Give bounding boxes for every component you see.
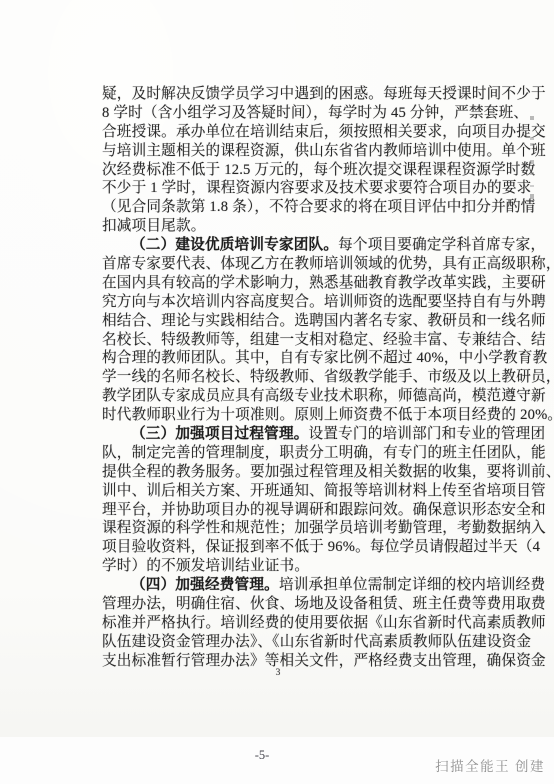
text-line: 理平台，并协助项目办的视导调研和跟踪问效。确保意识形态安全和: [102, 501, 468, 520]
scan-edge-artifact: [530, 137, 534, 140]
text-line: 首席专家要代表、体现乙方在教师培训领域的优势，具有正高级职称，: [102, 255, 468, 274]
text-line: （见合同条款第 1.8 条），不符合要求的将在项目评估中扣分并酌情: [102, 198, 468, 217]
paragraph-heading: （二）建设优质培训专家团队。: [131, 237, 338, 253]
text-line: 次经费标准不低于 12.5 万元的，每个班次提交课程课程资源学时数: [102, 161, 468, 180]
scan-edge-artifact: [530, 194, 534, 199]
scan-edge-artifact: [530, 160, 534, 164]
text-line: 项目验收资料，保证报到率不低于 96%。每位学员请假超过半天（4: [102, 538, 468, 557]
scan-edge-artifact: [530, 143, 534, 146]
text-line: 在国内具有较高的学术影响力，熟悉基础教育教学改革实践，主要研: [102, 274, 468, 293]
text-line: 扣减项目尾款。: [102, 217, 468, 236]
text-line: 疑，及时解决反馈学员学习中遇到的困惑。每班每天授课时间不少于: [102, 85, 468, 104]
text-line: 训中、训后相关方案、开班通知、简报等培训材料上传至省培项目管: [102, 482, 468, 501]
text-line: 合班授课。承办单位在培训结束后，须按照相关要求，向项目办提交: [102, 123, 468, 142]
text-line: 构合理的教师团队。其中，自有专家比例不超过 40%，中小学教育教: [102, 349, 468, 368]
scanned-sheet: 疑，及时解决反馈学员学习中遇到的困惑。每班每天授课时间不少于 8 学时（含小组学…: [0, 0, 554, 737]
paragraph-text: 设置专门的培训部门和专业的管理团: [309, 426, 546, 442]
text-line-paragraph-start: （二）建设优质培训专家团队。每个项目要确定学科首席专家，: [102, 236, 468, 255]
text-line: 队伍建设资金管理办法》、《山东省新时代高素质教师队伍建设资金: [102, 633, 468, 652]
camscanner-watermark: 扫描全能王 创建: [435, 755, 545, 775]
text-line: 相结合、理论与实践相结合。选聘国内著名专家、教研员和一线名师: [102, 312, 468, 331]
scan-edge-artifact: [530, 172, 534, 175]
text-line: 提供全程的教务服务。要加强过程管理及相关数据的收集，要将训前、: [102, 463, 468, 482]
text-line: 学时）的不颁发培训结业证书。: [102, 557, 468, 576]
paragraph-text: 培训承担单位需制定详细的校内培训经费: [279, 577, 545, 593]
text-line-paragraph-start: （四）加强经费管理。培训承担单位需制定详细的校内培训经费: [102, 576, 468, 595]
text-line-paragraph-start: （三）加强项目过程管理。设置专门的培训部门和专业的管理团: [102, 425, 468, 444]
text-line: 时代教师职业行为十项准则。原则上师资费不低于本项目经费的 20%。: [102, 406, 468, 425]
text-line: 课程资源的科学性和规范性；加强学员培训考勤管理，考勤数据纳入: [102, 519, 468, 538]
paragraph-text: 每个项目要确定学科首席专家，: [338, 237, 545, 253]
text-line: 队，制定完善的管理制度，职责分工明确，有专门的班主任团队，能: [102, 444, 468, 463]
paragraph-heading: （三）加强项目过程管理。: [131, 426, 309, 442]
document-page: 疑，及时解决反馈学员学习中遇到的困惑。每班每天授课时间不少于 8 学时（含小组学…: [0, 0, 554, 784]
inner-page-number: 3: [266, 668, 290, 678]
text-line: 学一线的名师名校长、特级教师、省级教学能手、市级及以上教研员，: [102, 368, 468, 387]
text-line: 教学团队专家成员应具有高级专业技术职称，师德高尚，模范遵守新: [102, 387, 468, 406]
text-line: 8 学时（含小组学习及答疑时间），每学时为 45 分钟，严禁套班、: [102, 104, 468, 123]
scan-edge-artifact: [530, 116, 534, 120]
text-line: 管理办法，明确住宿、伙食、场地及设备租赁、班主任费等费用取费: [102, 595, 468, 614]
text-line: 名校长、特级教师等，组建一支相对稳定、经验丰富、专兼结合、结: [102, 331, 468, 350]
text-line: 究方向与本次培训内容高度契合。培训师资的选配要坚持自有与外聘: [102, 293, 468, 312]
text-line: 标准并严格执行。培训经费的使用要依据《山东省新时代高素质教师: [102, 614, 468, 633]
body-text: 疑，及时解决反馈学员学习中遇到的困惑。每班每天授课时间不少于 8 学时（含小组学…: [102, 85, 468, 671]
text-line: 与培训主题相关的课程资源，供山东省省内教师培训中使用。单个班: [102, 142, 468, 161]
text-line: 不少于 1 学时，课程资源内容要求及技术要求要符合项目办的要求: [102, 179, 468, 198]
scan-edge-artifact: [530, 185, 534, 187]
paragraph-heading: （四）加强经费管理。: [131, 577, 279, 593]
